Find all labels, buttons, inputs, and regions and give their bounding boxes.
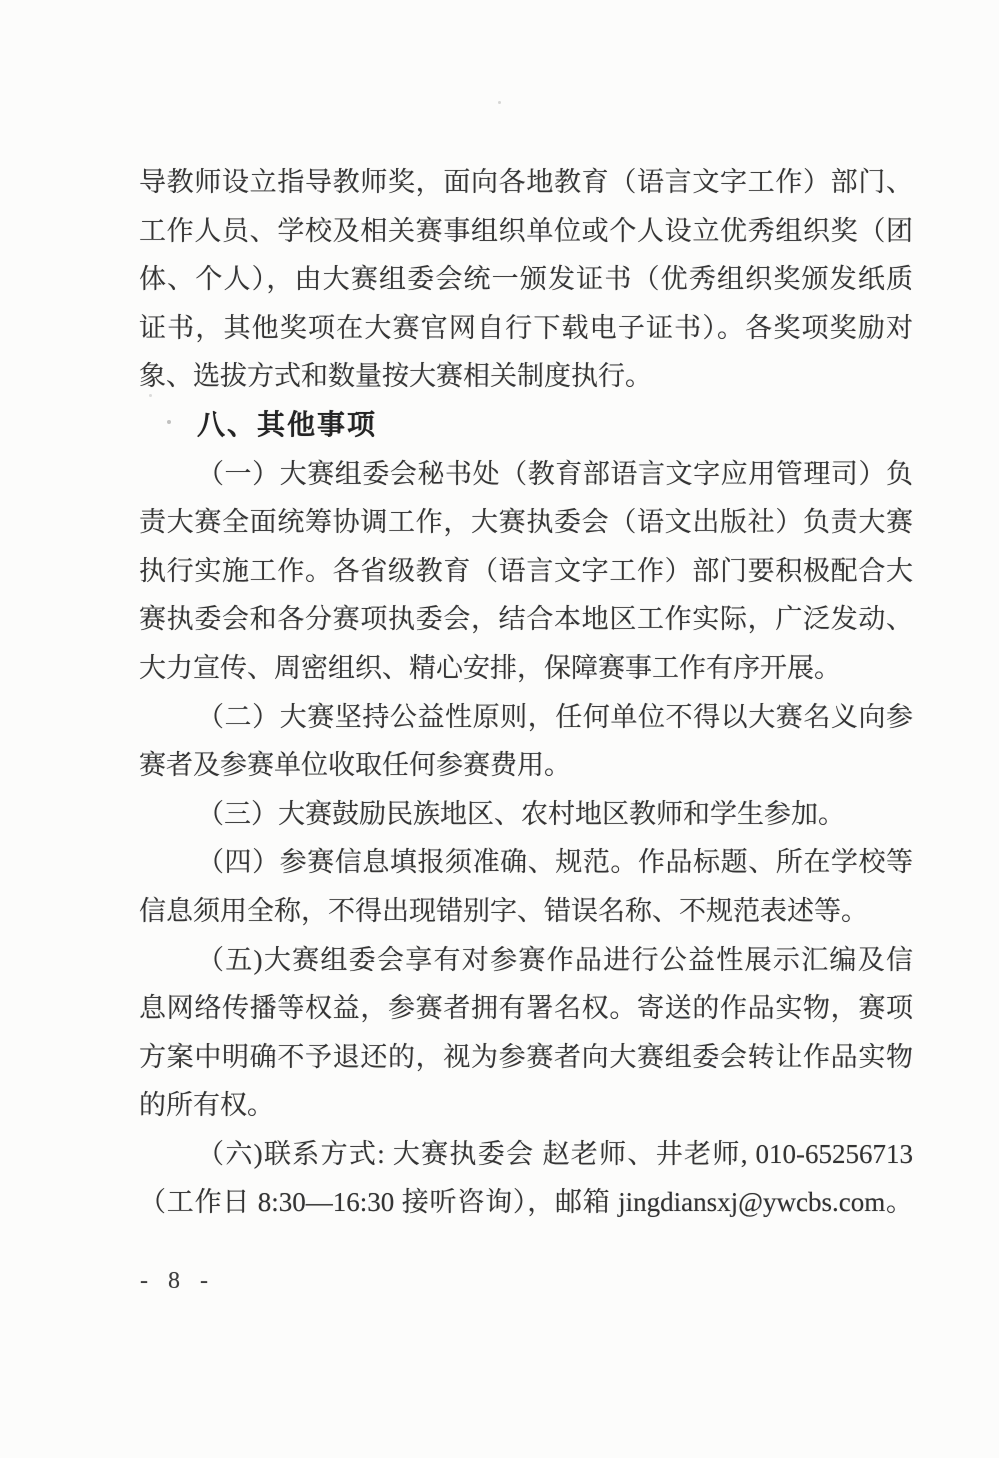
body-line: 证书，其他奖项在大赛官网自行下载电子证书）。各奖项奖励对 [139, 304, 913, 353]
body-line: 大力宣传、周密组织、精心安排，保障赛事工作有序开展。 [139, 644, 913, 693]
body-line: 息网络传播等权益，参赛者拥有署名权。寄送的作品实物，赛项 [139, 984, 913, 1033]
body-line: 象、选拔方式和数量按大赛相关制度执行。 [139, 352, 913, 401]
body-line: （六)联系方式: 大赛执委会 赵老师、井老师, 010-65256713 [139, 1130, 913, 1179]
text-block: 导教师设立指导教师奖，面向各地教育（语言文字工作）部门、工作人员、学校及相关赛事… [139, 158, 913, 1227]
body-line: （四）参赛信息填报须准确、规范。作品标题、所在学校等 [139, 838, 913, 887]
body-line: （工作日 8:30—16:30 接听咨询），邮箱 jingdiansxj@ywc… [139, 1178, 913, 1227]
body-line: 方案中明确不予退还的，视为参赛者向大赛组委会转让作品实物 [139, 1033, 913, 1082]
body-line: 的所有权。 [139, 1081, 913, 1130]
body-line: 工作人员、学校及相关赛事组织单位或个人设立优秀组织奖（团 [139, 207, 913, 256]
body-line: 执行实施工作。各省级教育（语言文字工作）部门要积极配合大 [139, 547, 913, 596]
body-line: （一）大赛组委会秘书处（教育部语言文字应用管理司）负 [139, 450, 913, 499]
scan-speck [498, 101, 501, 104]
body-line: （三）大赛鼓励民族地区、农村地区教师和学生参加。 [139, 790, 913, 839]
document-page: 导教师设立指导教师奖，面向各地教育（语言文字工作）部门、工作人员、学校及相关赛事… [0, 0, 999, 1458]
body-line: 责大赛全面统筹协调工作，大赛执委会（语文出版社）负责大赛 [139, 498, 913, 547]
body-line: 体、个人），由大赛组委会统一颁发证书（优秀组织奖颁发纸质 [139, 255, 913, 304]
page-number: - 8 - [140, 1268, 215, 1295]
body-line: 赛执委会和各分赛项执委会，结合本地区工作实际，广泛发动、 [139, 595, 913, 644]
body-line: 信息须用全称，不得出现错别字、错误名称、不规范表述等。 [139, 887, 913, 936]
body-line: 导教师设立指导教师奖，面向各地教育（语言文字工作）部门、 [139, 158, 913, 207]
body-line: （五)大赛组委会享有对参赛作品进行公益性展示汇编及信 [139, 936, 913, 985]
body-line: 赛者及参赛单位收取任何参赛费用。 [139, 741, 913, 790]
body-line: （二）大赛坚持公益性原则，任何单位不得以大赛名义向参 [139, 693, 913, 742]
section-heading: 八、其他事项 [139, 401, 913, 450]
